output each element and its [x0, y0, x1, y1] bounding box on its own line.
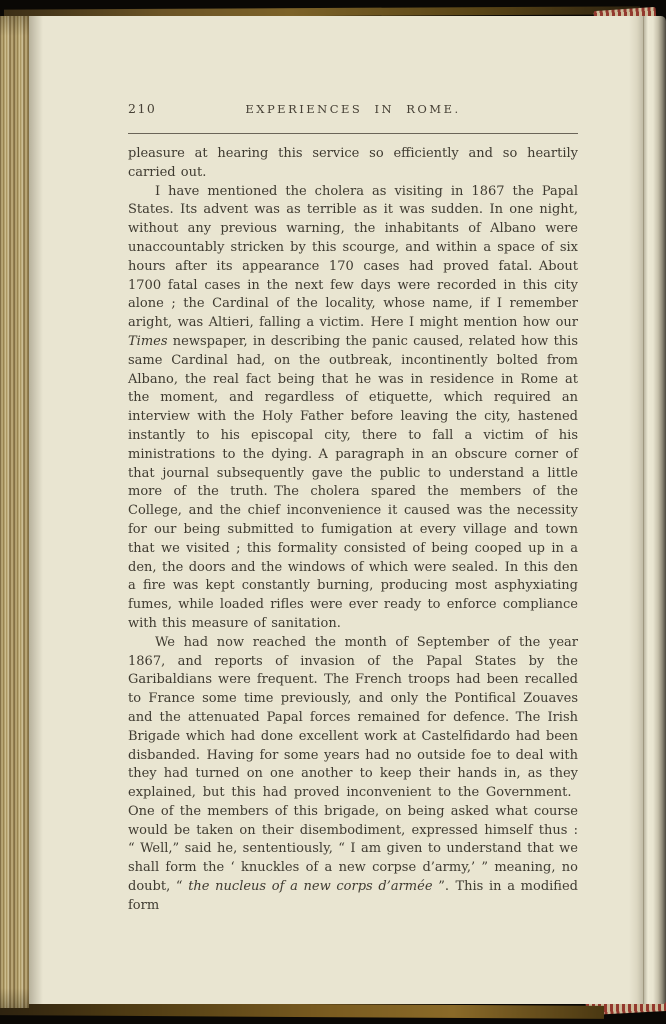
- text-run: newspaper, in describing the panic cause…: [128, 334, 578, 631]
- header-rule: [128, 133, 578, 134]
- book-cover-bottom-edge: [0, 1002, 604, 1019]
- page-crease: [643, 16, 644, 1004]
- running-title: EXPERIENCES IN ROME.: [245, 102, 460, 116]
- italic-run: Times: [128, 334, 168, 349]
- page-header: 210 EXPERIENCES IN ROME.: [128, 102, 578, 119]
- scanned-book-photo: 210 EXPERIENCES IN ROME. pleasure at hea…: [0, 0, 666, 1024]
- text-run: pleasure at hearing this service so effi…: [128, 146, 578, 180]
- paragraph: We had now reached the month of Septembe…: [128, 634, 578, 916]
- italic-run: the nucleus of a new corps d’armée: [188, 879, 432, 894]
- book-page: 210 EXPERIENCES IN ROME. pleasure at hea…: [29, 16, 666, 1004]
- page-content: 210 EXPERIENCES IN ROME. pleasure at hea…: [128, 102, 578, 916]
- page-body: pleasure at hearing this service so effi…: [128, 145, 578, 916]
- paragraph: I have mentioned the cholera as visiting…: [128, 183, 578, 634]
- page-number: 210: [128, 101, 156, 116]
- paragraph: pleasure at hearing this service so effi…: [128, 145, 578, 183]
- text-run: I have mentioned the cholera as visiting…: [128, 184, 578, 331]
- text-run: We had now reached the month of Septembe…: [128, 635, 578, 894]
- page-edges-stack: [0, 16, 29, 1008]
